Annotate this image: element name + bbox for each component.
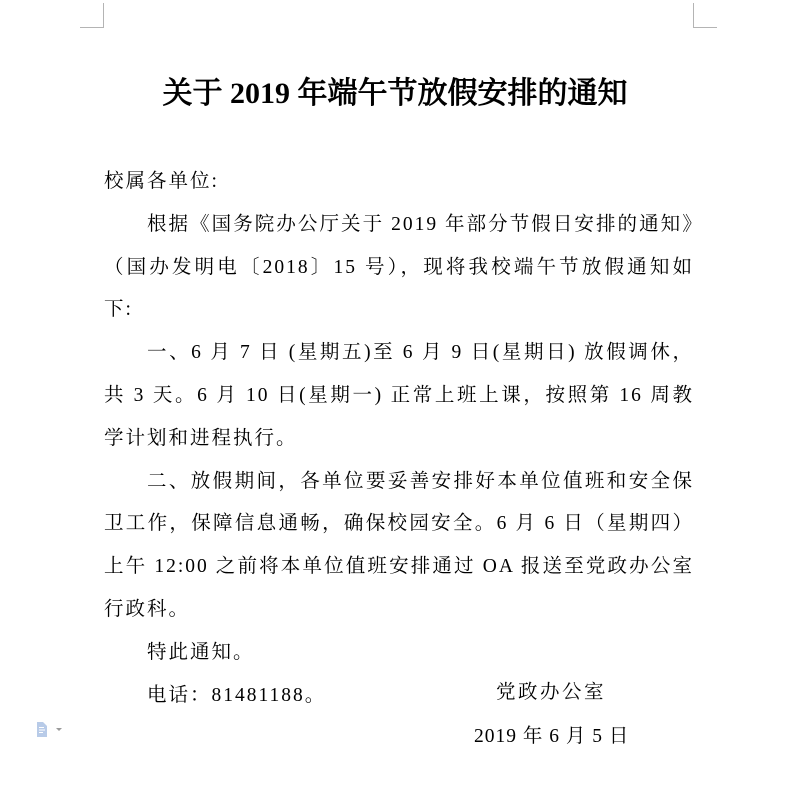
document-title: 关于 2019 年端午节放假安排的通知 <box>0 74 790 114</box>
signature-organization: 党政办公室 <box>496 680 606 706</box>
paragraph-item-two: 二、放假期间，各单位要妥善安排好本单位值班和安全保卫工作，保障信息通畅，确保校园… <box>104 461 694 632</box>
paste-options-icon[interactable] <box>37 722 47 737</box>
paragraph-closing: 特此通知。 <box>104 632 694 675</box>
margin-corner-mark-top-left <box>80 3 104 28</box>
document-body: 校属各单位: 根据《国务院办公厅关于 2019 年部分节假日安排的通知》（国办发… <box>104 161 694 717</box>
salutation: 校属各单位: <box>104 161 694 204</box>
paragraph-item-one: 一、6 月 7 日 (星期五)至 6 月 9 日(星期日) 放假调休，共 3 天… <box>104 332 694 460</box>
signature-date: 2019 年 6 月 5 日 <box>474 724 629 750</box>
paste-options-dropdown-arrow-icon[interactable] <box>56 728 62 731</box>
margin-corner-mark-top-right <box>693 3 717 28</box>
paragraph-intro: 根据《国务院办公厅关于 2019 年部分节假日安排的通知》（国办发明电〔2018… <box>104 204 694 332</box>
